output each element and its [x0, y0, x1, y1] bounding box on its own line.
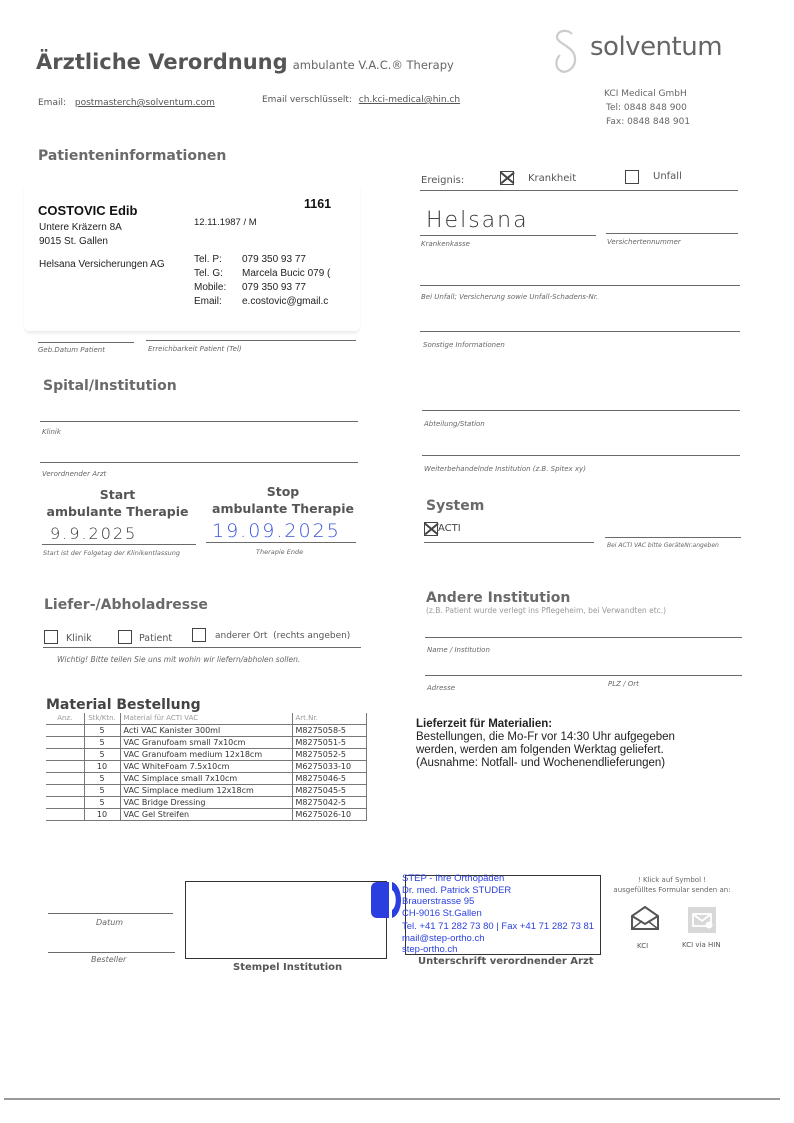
doctor-signature-label: Unterschrift verordnender Arzt	[418, 956, 594, 967]
anz-cell[interactable]	[46, 797, 84, 809]
material-table: Anz. Stk/Ktn. Material für ACTI VAC Art.…	[46, 713, 367, 821]
stop-date-value[interactable]: 19.09.2025	[212, 520, 341, 542]
table-row: 5VAC Granufoam small 7x10cmM8275051-5	[46, 737, 366, 749]
checkbox-acti[interactable]	[424, 522, 438, 536]
reach-label: Erreichbarkeit Patient (Tel)	[148, 345, 242, 353]
subtitle: ambulante V.A.C.® Therapy	[293, 58, 454, 72]
anz-cell[interactable]	[46, 809, 84, 821]
send-hin-button[interactable]	[688, 907, 716, 933]
sonstige-line[interactable]	[420, 331, 740, 332]
anz-cell[interactable]	[46, 773, 84, 785]
stk-cell: 5	[84, 737, 120, 749]
start-line	[42, 544, 196, 545]
krankenkasse-line	[420, 235, 596, 236]
form-title: Ärztliche Verordnung ambulante V.A.C.® T…	[36, 50, 454, 74]
table-row: 5Acti VAC Kanister 300mlM8275058-5	[46, 725, 366, 737]
company-fax: Fax: 0848 848 901	[606, 115, 690, 129]
checkbox-anderer-ort[interactable]	[192, 628, 206, 642]
arzt-label: Verordnender Arzt	[42, 470, 106, 478]
table-row: 5VAC Simplace small 7x10cmM8275046-5	[46, 773, 366, 785]
company-info: KCI Medical GmbH Tel: 0848 848 900 Fax: …	[606, 87, 690, 129]
anz-cell[interactable]	[46, 749, 84, 761]
section-title-institution: Spital/Institution	[43, 378, 177, 394]
table-row: 10VAC WhiteFoam 7.5x10cmM6275033-10	[46, 761, 366, 773]
weiter-line[interactable]	[422, 455, 740, 456]
art-cell: M8275051-5	[292, 737, 366, 749]
klinik-line[interactable]	[40, 421, 358, 422]
stamp-line: STEP - Ihre Orthopäden	[402, 873, 594, 885]
delivery-other-label: anderer Ort (rechts angeben)	[215, 631, 350, 641]
stamp-line: Tel. +41 71 282 73 80 | Fax +41 71 282 7…	[402, 921, 594, 933]
checkbox-krankheit[interactable]	[500, 171, 514, 185]
logo-s-icon	[552, 28, 580, 76]
stk-cell: 5	[84, 725, 120, 737]
sonstige-label: Sonstige Informationen	[423, 341, 505, 349]
material-cell: VAC WhiteFoam 7.5x10cm	[120, 761, 292, 773]
delivery-klinik-label: Klinik	[66, 633, 92, 644]
delivery-time-line: Bestellungen, die Mo-Fr vor 14:30 Uhr au…	[416, 731, 675, 744]
material-table-header: Anz. Stk/Ktn. Material für ACTI VAC Art.…	[46, 713, 366, 725]
section-title-other-institution: Andere Institution	[426, 590, 570, 606]
art-cell: M6275026-10	[292, 809, 366, 821]
stamp-line: CH-9016 St.Gallen	[402, 908, 594, 920]
device-number-line[interactable]	[605, 537, 741, 538]
title: Ärztliche Verordnung	[36, 50, 288, 74]
material-cell: VAC Simplace small 7x10cm	[120, 773, 292, 785]
patient-insurer: Helsana Versicherungen AG	[39, 259, 165, 270]
email-row: Email: postmasterch@solventum.com	[38, 98, 215, 108]
stop-note: Therapie Ende	[256, 548, 303, 556]
table-row: 5VAC Bridge DressingM8275042-5	[46, 797, 366, 809]
krankenkasse-label: Krankenkasse	[421, 240, 470, 248]
stamp-line: mail@step-ortho.ch	[402, 933, 594, 945]
art-cell: M8275058-5	[292, 725, 366, 737]
delivery-time-title: Lieferzeit für Materialien:	[416, 718, 675, 731]
anz-cell[interactable]	[46, 761, 84, 773]
reach-line[interactable]	[146, 340, 356, 341]
other-address-label: Adresse	[427, 684, 455, 692]
stk-cell: 10	[84, 761, 120, 773]
stamp-logo-left	[371, 882, 389, 918]
dob-label: Geb.Datum Patient	[38, 346, 105, 354]
stamp-institution-label: Stempel Institution	[233, 962, 342, 973]
patient-city: 9015 St. Gallen	[39, 236, 108, 247]
other-address-line[interactable]	[425, 675, 742, 676]
contact-value: Marcela Bucic 079 (	[242, 267, 330, 281]
section-title-material: Material Bestellung	[46, 697, 201, 713]
besteller-line[interactable]	[48, 952, 175, 953]
delivery-time: Lieferzeit für Materialien: Bestellungen…	[416, 718, 675, 770]
klinik-label: Klinik	[42, 428, 61, 436]
dob-line[interactable]	[38, 342, 134, 343]
delivery-line	[43, 647, 361, 648]
material-cell: VAC Simplace medium 12x18cm	[120, 785, 292, 797]
send-kci-button[interactable]	[630, 905, 660, 933]
unfall-label: Bei Unfall; Versicherung sowie Unfall-Sc…	[421, 293, 598, 301]
envelope-open-icon	[630, 905, 660, 931]
table-row: 5VAC Simplace medium 12x18cmM8275045-5	[46, 785, 366, 797]
checkbox-unfall[interactable]	[625, 170, 639, 184]
option-unfall-label: Unfall	[653, 171, 682, 182]
delivery-time-line: (Ausnahme: Notfall- und Wochenendlieferu…	[416, 757, 675, 770]
stk-cell: 10	[84, 809, 120, 821]
table-row: 5VAC Granufoam medium 12x18cmM8275052-5	[46, 749, 366, 761]
section-title-system: System	[426, 498, 484, 514]
event-label: Ereignis:	[421, 175, 464, 186]
company-name: KCI Medical GmbH	[604, 87, 690, 101]
other-name-line[interactable]	[425, 637, 742, 638]
col-material: Material für ACTI VAC	[120, 713, 292, 725]
start-date-value[interactable]: 9.9.2025	[50, 524, 137, 543]
device-note: Bei ACTI VAC bitte GeräteNr.angeben	[607, 542, 719, 549]
weiter-label: Weiterbehandelnde Institution (z.B. Spit…	[424, 465, 586, 473]
email-label: Email:	[38, 98, 66, 108]
send-hin-label: KCI via HIN	[682, 941, 721, 949]
stop-title-line2: ambulante Therapie	[208, 500, 358, 517]
stamp-institution-box[interactable]	[185, 881, 387, 959]
material-cell: VAC Granufoam medium 12x18cm	[120, 749, 292, 761]
stk-cell: 5	[84, 749, 120, 761]
stop-title: Stop ambulante Therapie	[208, 483, 358, 517]
art-cell: M8275045-5	[292, 785, 366, 797]
contact-label: Tel. P:	[194, 253, 242, 267]
system-line	[424, 542, 594, 543]
delivery-time-line: werden, werden am folgenden Werktag geli…	[416, 744, 675, 757]
start-title: Start ambulante Therapie	[40, 486, 195, 520]
anz-cell[interactable]	[46, 737, 84, 749]
stamp-line: Dr. med. Patrick STUDER	[402, 885, 594, 897]
datum-label: Datum	[96, 918, 123, 927]
other-name-label: Name / Institution	[427, 646, 490, 654]
patient-contacts: Tel. P:079 350 93 77 Tel. G:Marcela Buci…	[194, 253, 330, 309]
company-tel: Tel: 0848 848 900	[606, 101, 690, 115]
brand-name: solventum	[590, 32, 722, 62]
art-cell: M8275046-5	[292, 773, 366, 785]
email-encrypted-link[interactable]: ch.kci-medical@hin.ch	[359, 95, 460, 105]
stk-cell: 5	[84, 797, 120, 809]
start-title-line2: ambulante Therapie	[40, 503, 195, 520]
start-note: Start ist der Folgetag der Klinikentlass…	[43, 549, 180, 557]
contact-value: 079 350 93 77	[242, 253, 306, 267]
solventum-logo: solventum	[552, 28, 752, 76]
contact-row: Tel. G:Marcela Bucic 079 (	[194, 267, 330, 281]
stk-cell: 5	[84, 785, 120, 797]
patient-name: COSTOVIC Edib	[38, 203, 137, 218]
email-encrypted-label: Email verschlüsselt:	[262, 95, 352, 105]
abteilung-label: Abteilung/Station	[424, 420, 485, 428]
stk-cell: 5	[84, 773, 120, 785]
material-cell: VAC Gel Streifen	[120, 809, 292, 821]
contact-row: Mobile:079 350 93 77	[194, 281, 330, 295]
delivery-patient-label: Patient	[139, 633, 172, 644]
event-line	[420, 190, 738, 191]
col-stk: Stk/Ktn.	[84, 713, 120, 725]
patient-street: Untere Kräzern 8A	[39, 222, 122, 233]
send-hint-2: ausgefülltes Formular senden an:	[612, 885, 732, 895]
contact-row: Tel. P:079 350 93 77	[194, 253, 330, 267]
section-title-delivery: Liefer-/Abholadresse	[44, 597, 208, 613]
table-row: 10VAC Gel StreifenM6275026-10	[46, 809, 366, 821]
material-cell: Acti VAC Kanister 300ml	[120, 725, 292, 737]
email-link[interactable]: postmasterch@solventum.com	[75, 98, 215, 108]
contact-label: Tel. G:	[194, 267, 242, 281]
col-anz: Anz.	[46, 713, 84, 725]
stamp-line: step-ortho.ch	[402, 944, 594, 956]
envelope-hin-icon	[688, 907, 716, 933]
header: Ärztliche Verordnung ambulante V.A.C.® T…	[0, 0, 794, 140]
col-art: Art.Nr.	[292, 713, 366, 725]
versichertennummer-label: Versichertennummer	[607, 238, 681, 246]
contact-label: Email:	[194, 295, 242, 309]
arzt-line[interactable]	[40, 462, 358, 463]
section-title-patient: Patienteninformationen	[38, 148, 226, 164]
unfall-line[interactable]	[420, 285, 740, 286]
footer-divider	[4, 1098, 780, 1100]
patient-dob-sex: 12.11.1987 / M	[194, 217, 257, 228]
material-cell: VAC Bridge Dressing	[120, 797, 292, 809]
acti-label: ACTI	[438, 523, 461, 534]
send-kci-label: KCI	[637, 942, 648, 950]
contact-value: e.costovic@gmail.c	[242, 295, 328, 309]
art-cell: M6275033-10	[292, 761, 366, 773]
material-cell: VAC Granufoam small 7x10cm	[120, 737, 292, 749]
contact-label: Mobile:	[194, 281, 242, 295]
other-institution-subtitle: (z.B. Patient wurde verlegt ins Pflegehe…	[426, 606, 666, 615]
contact-value: 079 350 93 77	[242, 281, 306, 295]
start-title-line1: Start	[40, 486, 195, 503]
other-plz-label: PLZ / Ort	[608, 680, 639, 688]
versichertennummer-line[interactable]	[606, 233, 738, 234]
besteller-label: Besteller	[91, 955, 126, 964]
send-hint: ! Klick auf Symbol ! ausgefülltes Formul…	[612, 875, 732, 895]
art-cell: M8275042-5	[292, 797, 366, 809]
option-krankheit-label: Krankheit	[528, 173, 576, 184]
krankenkasse-value[interactable]: Helsana	[426, 208, 529, 233]
anz-cell[interactable]	[46, 785, 84, 797]
patient-number: 1161	[304, 197, 331, 211]
checkbox-patient[interactable]	[118, 630, 132, 644]
stop-line	[206, 542, 356, 543]
contact-row: Email:e.costovic@gmail.c	[194, 295, 330, 309]
abteilung-line[interactable]	[422, 410, 740, 411]
checkbox-klinik[interactable]	[44, 630, 58, 644]
stop-title-line1: Stop	[208, 483, 358, 500]
anz-cell[interactable]	[46, 725, 84, 737]
doctor-stamp: STEP - Ihre Orthopäden Dr. med. Patrick …	[402, 873, 594, 956]
art-cell: M8275052-5	[292, 749, 366, 761]
send-hint-1: ! Klick auf Symbol !	[612, 875, 732, 885]
email-encrypted-row: Email verschlüsselt: ch.kci-medical@hin.…	[262, 95, 460, 105]
datum-line[interactable]	[48, 913, 173, 914]
delivery-note: Wichtig! Bitte teilen Sie uns mit wohin …	[57, 655, 300, 664]
stamp-line: Brauerstrasse 95	[402, 896, 594, 908]
